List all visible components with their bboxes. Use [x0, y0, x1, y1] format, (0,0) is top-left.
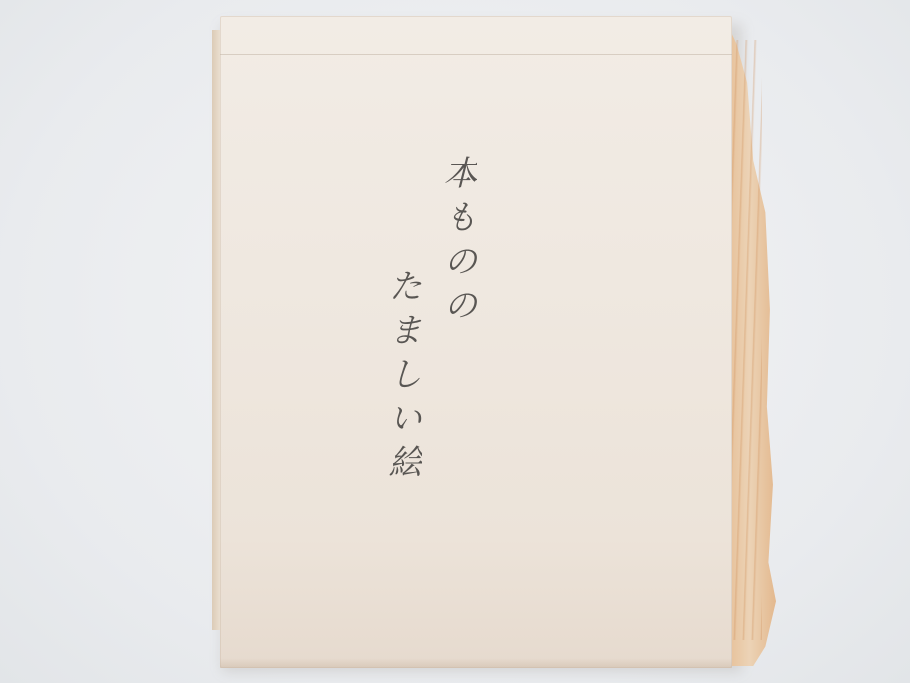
bottom-edge — [220, 658, 732, 668]
shikishi-board — [220, 16, 732, 668]
top-crease — [220, 54, 732, 55]
inscription-column-1: 本ものの — [440, 155, 474, 331]
inscription-column-2: たましい絵 — [385, 268, 419, 488]
